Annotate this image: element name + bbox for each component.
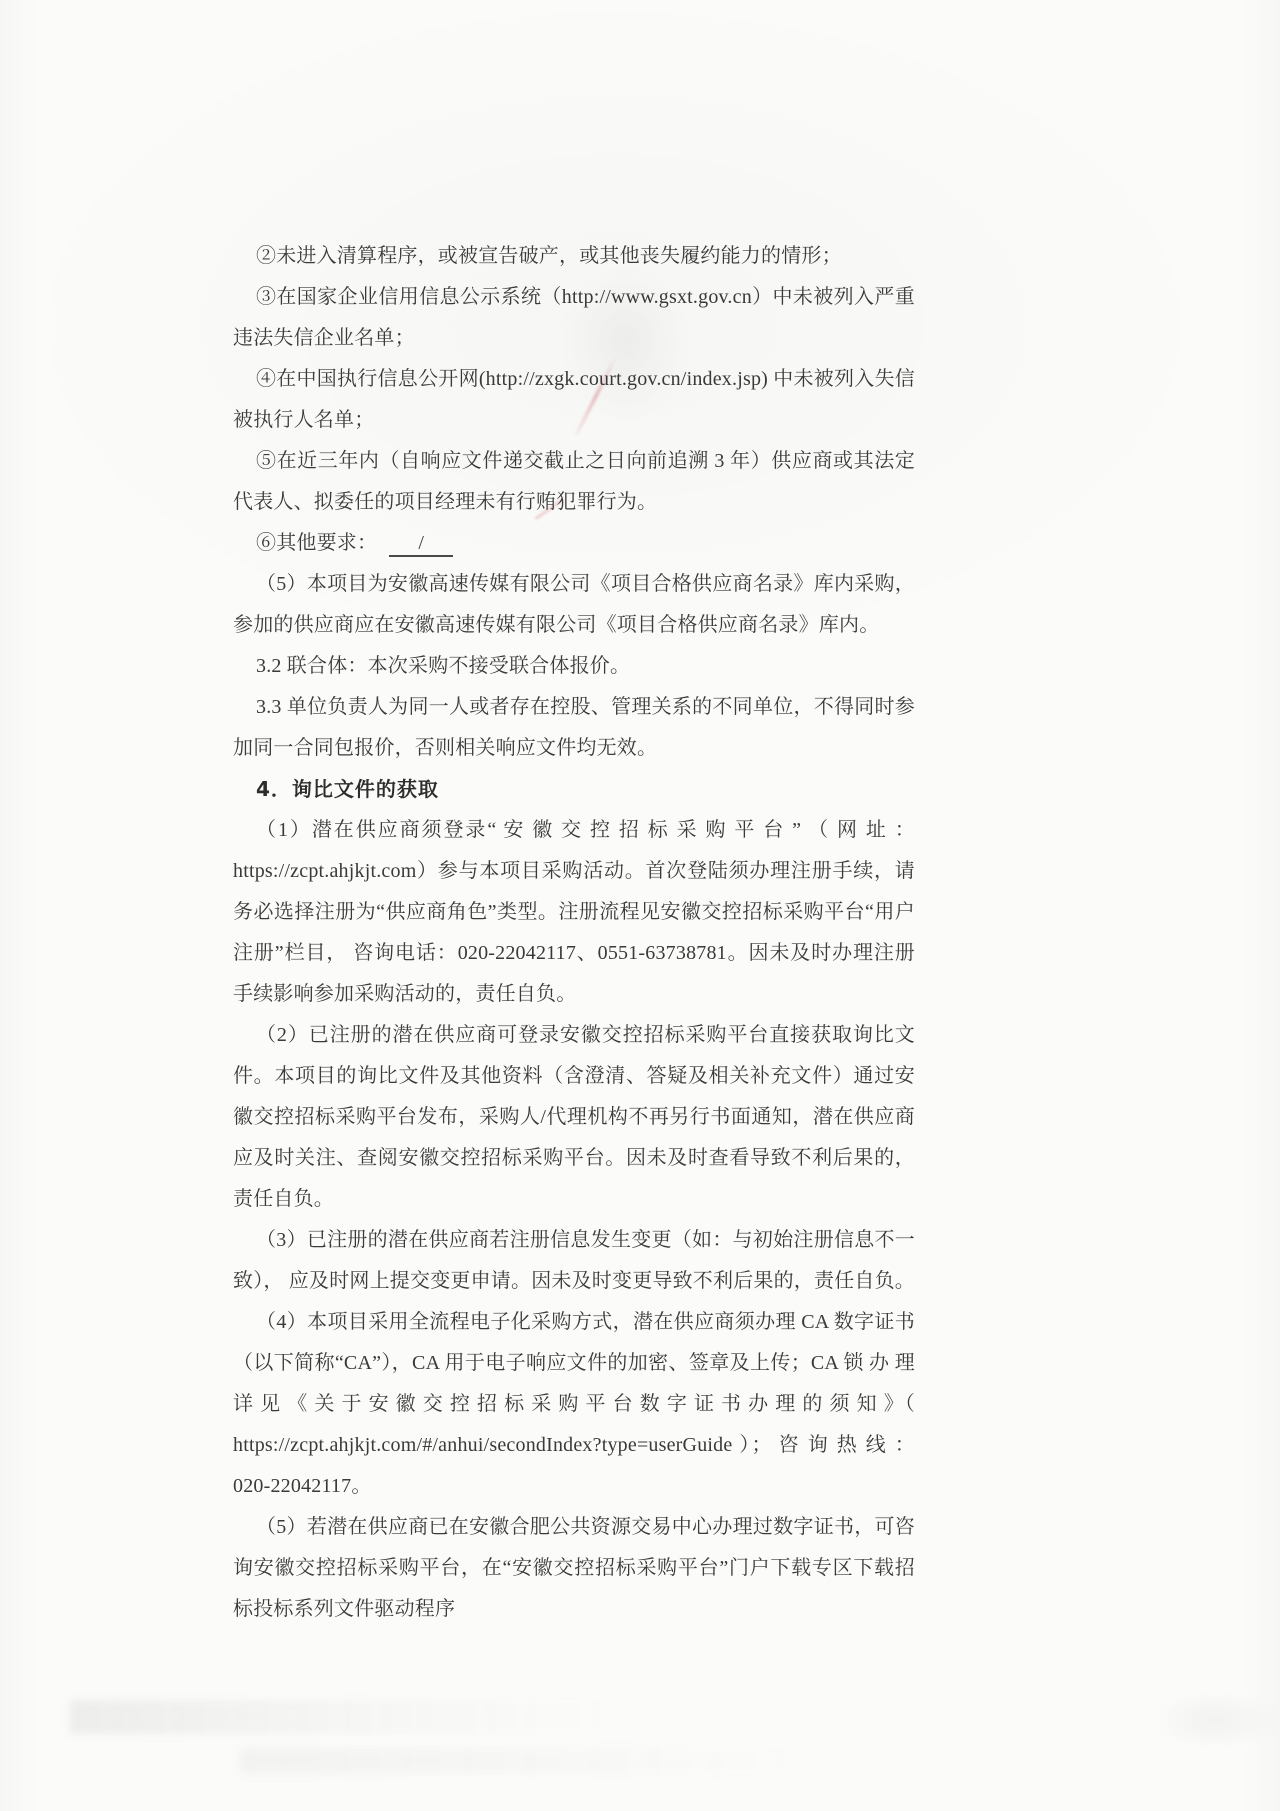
scan-smudge bbox=[1150, 1690, 1280, 1750]
paragraph: ②未进入清算程序，或被宣告破产，或其他丧失履约能力的情形； bbox=[233, 236, 915, 277]
paragraph: 3.2 联合体：本次采购不接受联合体报价。 bbox=[233, 646, 915, 687]
paragraph: ⑥其他要求：/ bbox=[233, 523, 915, 564]
scanned-document-page: ②未进入清算程序，或被宣告破产，或其他丧失履约能力的情形；③在国家企业信用信息公… bbox=[0, 0, 1280, 1811]
paragraph: （2）已注册的潜在供应商可登录安徽交控招标采购平台直接获取询比文件。本项目的询比… bbox=[233, 1015, 915, 1220]
paragraph: ⑤在近三年内（自响应文件递交截止之日向前追溯 3 年）供应商或其法定代表人、拟委… bbox=[233, 441, 915, 523]
paragraph: （5）本项目为安徽高速传媒有限公司《项目合格供应商名录》库内采购，参加的供应商应… bbox=[233, 564, 915, 646]
document-body: ②未进入清算程序，或被宣告破产，或其他丧失履约能力的情形；③在国家企业信用信息公… bbox=[233, 236, 915, 1630]
scan-smudge bbox=[240, 1748, 940, 1774]
paragraph: （1）潜在供应商须登录“ 安 徽 交 控 招 标 采 购 平 台 ” （ 网 址… bbox=[233, 810, 915, 1015]
paragraph: （5）若潜在供应商已在安徽合肥公共资源交易中心办理过数字证书，可咨询安徽交控招标… bbox=[233, 1507, 915, 1630]
paragraph: ③在国家企业信用信息公示系统（http://www.gsxt.gov.cn）中未… bbox=[233, 277, 915, 359]
paragraph: 3.3 单位负责人为同一人或者存在控股、管理关系的不同单位，不得同时参加同一合同… bbox=[233, 687, 915, 769]
paragraph: （4）本项目采用全流程电子化采购方式，潜在供应商须办理 CA 数字证书（以下简称… bbox=[233, 1302, 915, 1507]
paragraph: ④在中国执行信息公开网(http://zxgk.court.gov.cn/ind… bbox=[233, 359, 915, 441]
paragraph-text: ⑥其他要求： bbox=[256, 532, 377, 554]
section-heading: 4．询比文件的获取 bbox=[233, 769, 915, 810]
paragraph: （3）已注册的潜在供应商若注册信息发生变更（如：与初始注册信息不一致）， 应及时… bbox=[233, 1220, 915, 1302]
fill-in-blank-underline: / bbox=[389, 531, 453, 557]
scan-smudge bbox=[70, 1700, 610, 1734]
